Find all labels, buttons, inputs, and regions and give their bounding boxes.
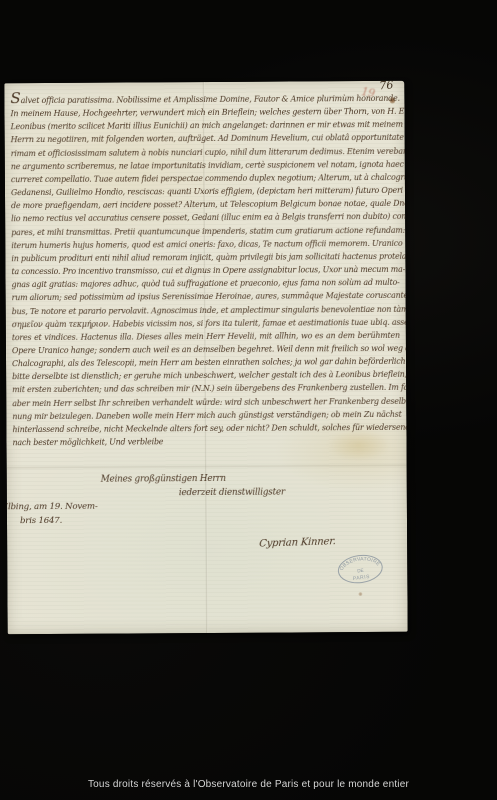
manuscript-line: nach bester möglichkeit, Und verbleibe xyxy=(12,434,400,450)
signature: Cyprian Kinner. xyxy=(259,536,336,550)
library-stamp: OBSERVATOIRE DE PARIS xyxy=(333,549,387,589)
ink-speck xyxy=(358,592,362,596)
manuscript-body: Salvet officia paratissima. Nobilissime … xyxy=(10,90,400,450)
manuscript-paper: 19 76 Salvet officia paratissima. Nobili… xyxy=(4,81,407,634)
dateline-year: bris 1647. xyxy=(20,516,62,526)
stamp-text-middle: DE xyxy=(357,568,364,574)
dateline-place-date: Elbing, am 19. Novem- xyxy=(4,502,97,513)
closing-formula-line2: iederzeit dienstwilligster xyxy=(179,488,285,499)
copyright-caption: Tous droits réservés à l'Observatoire de… xyxy=(0,779,497,790)
closing-formula-line1: Meines großgünstigen Herrn xyxy=(101,474,226,485)
